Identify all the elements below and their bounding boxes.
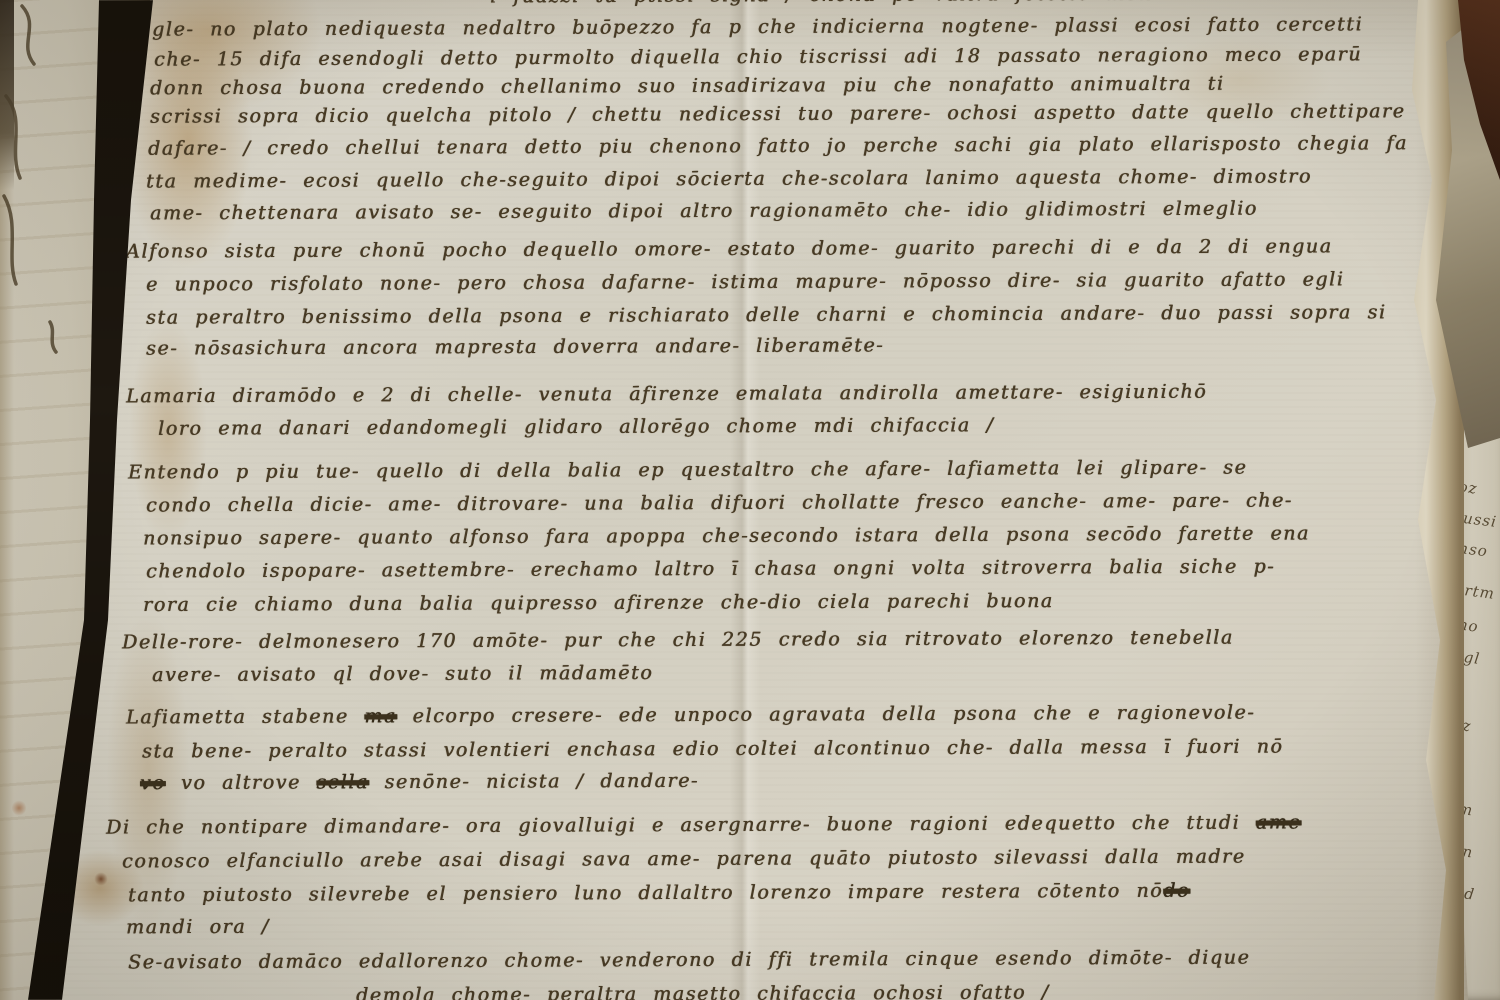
manuscript-line: loro ema danari edandomegli glidaro allo… (158, 414, 994, 440)
manuscript-line: Delle-rore- delmonesero 170 amōte- pur c… (122, 627, 1234, 654)
manuscript-line: vo vo altrove sella senōne- nicista / da… (140, 770, 699, 794)
manuscript-line: rora cie chiamo duna balia quipresso afi… (143, 590, 1054, 616)
manuscript-line: conosco elfanciullo arebe asai disagi sa… (122, 846, 1246, 873)
manuscript-line: donn chosa buona credendo chellanimo suo… (150, 73, 1225, 100)
manuscript-photo: on uoz mussi ghso fortm ono o gl s z ol … (0, 0, 1500, 1000)
manuscript-line: tta medime- ecosi quello che-seguito dip… (146, 165, 1312, 192)
manuscript-line: Lafiametta stabene ma elcorpo cresere- e… (126, 702, 1255, 729)
manuscript-line: sta bene- peralto stassi volentieri ench… (142, 736, 1284, 763)
manuscript-line: tanto piutosto silevrebe el pensiero lun… (128, 880, 1190, 907)
manuscript-page: i fuazzi tu ptissi signa / chonu pe valt… (0, 0, 1500, 1000)
manuscript-line: avere- avisato ql dove- suto il mādamēto (152, 662, 653, 686)
manuscript-line: ame- chettenara avisato se- eseguito dip… (150, 198, 1258, 225)
manuscript-line: che- 15 difa esendogli detto purmolto di… (154, 43, 1362, 70)
manuscript-line: scrissi sopra dicio quelcha pitolo / che… (150, 100, 1405, 127)
manuscript-line: Lamaria diramōdo e 2 di chelle- venuta ā… (126, 381, 1207, 408)
manuscript-line: mandi ora / (126, 916, 270, 939)
manuscript-line: Se-avisato damāco edallorenzo chome- ven… (128, 947, 1250, 974)
manuscript-line: demola chome- peraltra masetto chifaccia… (356, 981, 1050, 1000)
manuscript-line: se- nōsasichura ancora mapresta doverra … (146, 334, 884, 359)
manuscript-line: chendolo ispopare- asettembre- erechamo … (146, 556, 1275, 583)
manuscript-line: Di che nontipare dimandare- ora giovallu… (106, 811, 1301, 838)
manuscript-line: Alfonso sista pure chonū pocho dequello … (126, 235, 1333, 262)
manuscript-line: gle- no plato nediquesta nedaltro buōpez… (152, 13, 1363, 40)
manuscript-line: i fuazzi tu ptissi signa / chonu pe valt… (490, 0, 1153, 7)
manuscript-line: condo chella dicie- ame- ditrovare- una … (146, 489, 1293, 516)
small-rust-stain (12, 800, 26, 816)
manuscript-line: sta peraltro benissimo della psona e ris… (146, 301, 1387, 328)
manuscript-line: dafare- / credo chellui tenara detto piu… (148, 132, 1408, 159)
manuscript-line: e unpoco risfolato none- pero chosa dafa… (146, 268, 1344, 295)
manuscript-line: Entendo p piu tue- quello di della balia… (128, 457, 1247, 484)
manuscript-line: nonsipuo sapere- quanto alfonso fara apo… (143, 522, 1310, 549)
page-stack-shadow (0, 0, 14, 190)
